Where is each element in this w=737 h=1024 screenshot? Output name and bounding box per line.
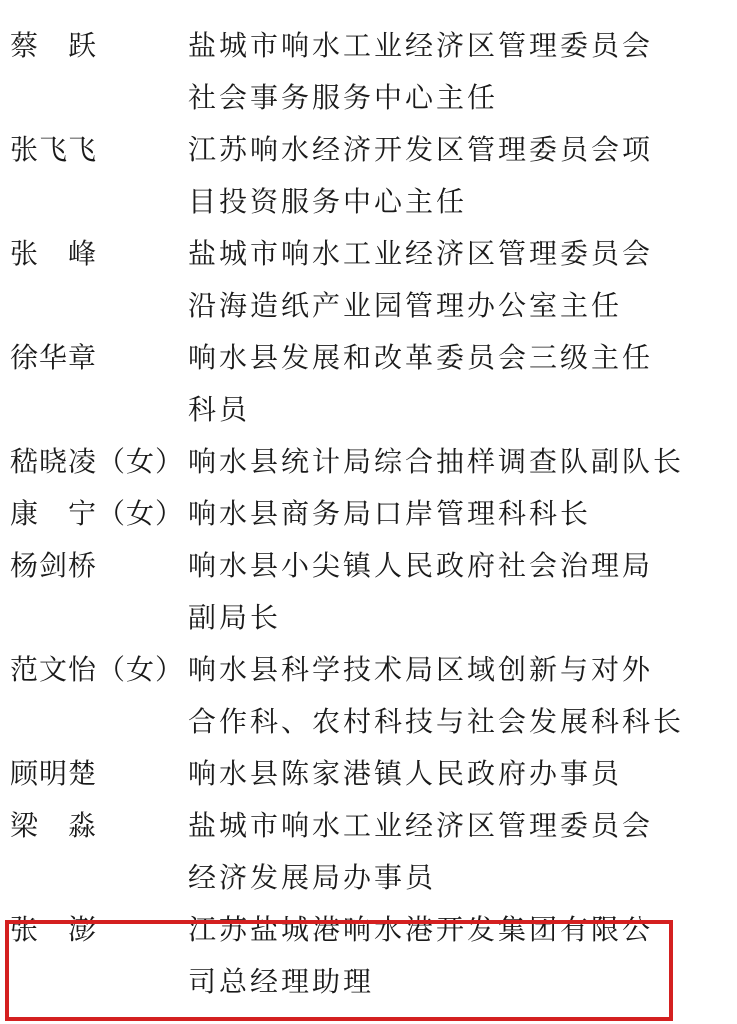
list-item: 蔡 跃 盐城市响水工业经济区管理委员会 社会事务服务中心主任 xyxy=(0,20,737,124)
list-item: 张飞飞 江苏响水经济开发区管理委员会项 目投资服务中心主任 xyxy=(0,124,737,228)
person-name: 嵇晓凌（女） xyxy=(0,436,188,488)
title-line: 目投资服务中心主任 xyxy=(188,176,737,228)
person-name: 梁 淼 xyxy=(0,800,188,852)
title-line: 科员 xyxy=(188,384,737,436)
title-line: 盐城市响水工业经济区管理委员会 xyxy=(188,800,737,852)
person-title: 响水县发展和改革委员会三级主任 科员 xyxy=(188,332,737,436)
title-line: 江苏盐城港响水港开发集团有限公 xyxy=(188,904,737,956)
title-line: 江苏响水经济开发区管理委员会项 xyxy=(188,124,737,176)
title-line: 响水县商务局口岸管理科科长 xyxy=(188,488,737,540)
title-line: 盐城市响水工业经济区管理委员会 xyxy=(188,20,737,72)
title-line: 经济发展局办事员 xyxy=(188,852,737,904)
person-title: 盐城市响水工业经济区管理委员会 沿海造纸产业园管理办公室主任 xyxy=(188,228,737,332)
person-title: 响水县陈家港镇人民政府办事员 xyxy=(188,748,737,800)
person-title: 江苏盐城港响水港开发集团有限公 司总经理助理 xyxy=(188,904,737,1008)
list-item-highlighted: 张 澎 江苏盐城港响水港开发集团有限公 司总经理助理 xyxy=(0,904,737,1008)
title-line: 响水县发展和改革委员会三级主任 xyxy=(188,332,737,384)
list-item: 梁 淼 盐城市响水工业经济区管理委员会 经济发展局办事员 xyxy=(0,800,737,904)
person-name: 康 宁（女） xyxy=(0,488,188,540)
title-line: 响水县陈家港镇人民政府办事员 xyxy=(188,748,737,800)
list-item: 嵇晓凌（女） 响水县统计局综合抽样调查队副队长 xyxy=(0,436,737,488)
person-name: 顾明楚 xyxy=(0,748,188,800)
title-line: 响水县统计局综合抽样调查队副队长 xyxy=(188,436,737,488)
person-title: 响水县小尖镇人民政府社会治理局 副局长 xyxy=(188,540,737,644)
list-item: 范文怡（女） 响水县科学技术局区域创新与对外 合作科、农村科技与社会发展科科长 xyxy=(0,644,737,748)
person-title: 江苏响水经济开发区管理委员会项 目投资服务中心主任 xyxy=(188,124,737,228)
list-item: 顾明楚 响水县陈家港镇人民政府办事员 xyxy=(0,748,737,800)
title-line: 盐城市响水工业经济区管理委员会 xyxy=(188,228,737,280)
title-line: 司总经理助理 xyxy=(188,956,737,1008)
list-item: 康 宁（女） 响水县商务局口岸管理科科长 xyxy=(0,488,737,540)
appointment-list: 蔡 跃 盐城市响水工业经济区管理委员会 社会事务服务中心主任 张飞飞 江苏响水经… xyxy=(0,20,737,1008)
person-name: 范文怡（女） xyxy=(0,644,188,696)
title-line: 副局长 xyxy=(188,592,737,644)
list-item: 张 峰 盐城市响水工业经济区管理委员会 沿海造纸产业园管理办公室主任 xyxy=(0,228,737,332)
person-name: 张飞飞 xyxy=(0,124,188,176)
person-name: 杨剑桥 xyxy=(0,540,188,592)
person-title: 响水县科学技术局区域创新与对外 合作科、农村科技与社会发展科科长 xyxy=(188,644,737,748)
title-line: 响水县科学技术局区域创新与对外 xyxy=(188,644,737,696)
title-line: 社会事务服务中心主任 xyxy=(188,72,737,124)
title-line: 沿海造纸产业园管理办公室主任 xyxy=(188,280,737,332)
person-title: 盐城市响水工业经济区管理委员会 经济发展局办事员 xyxy=(188,800,737,904)
person-name: 张 峰 xyxy=(0,228,188,280)
person-title: 响水县统计局综合抽样调查队副队长 xyxy=(188,436,737,488)
list-item: 徐华章 响水县发展和改革委员会三级主任 科员 xyxy=(0,332,737,436)
list-item: 杨剑桥 响水县小尖镇人民政府社会治理局 副局长 xyxy=(0,540,737,644)
person-title: 响水县商务局口岸管理科科长 xyxy=(188,488,737,540)
person-name: 徐华章 xyxy=(0,332,188,384)
person-name: 张 澎 xyxy=(0,904,188,956)
person-title: 盐城市响水工业经济区管理委员会 社会事务服务中心主任 xyxy=(188,20,737,124)
title-line: 合作科、农村科技与社会发展科科长 xyxy=(188,696,737,748)
person-name: 蔡 跃 xyxy=(0,20,188,72)
title-line: 响水县小尖镇人民政府社会治理局 xyxy=(188,540,737,592)
